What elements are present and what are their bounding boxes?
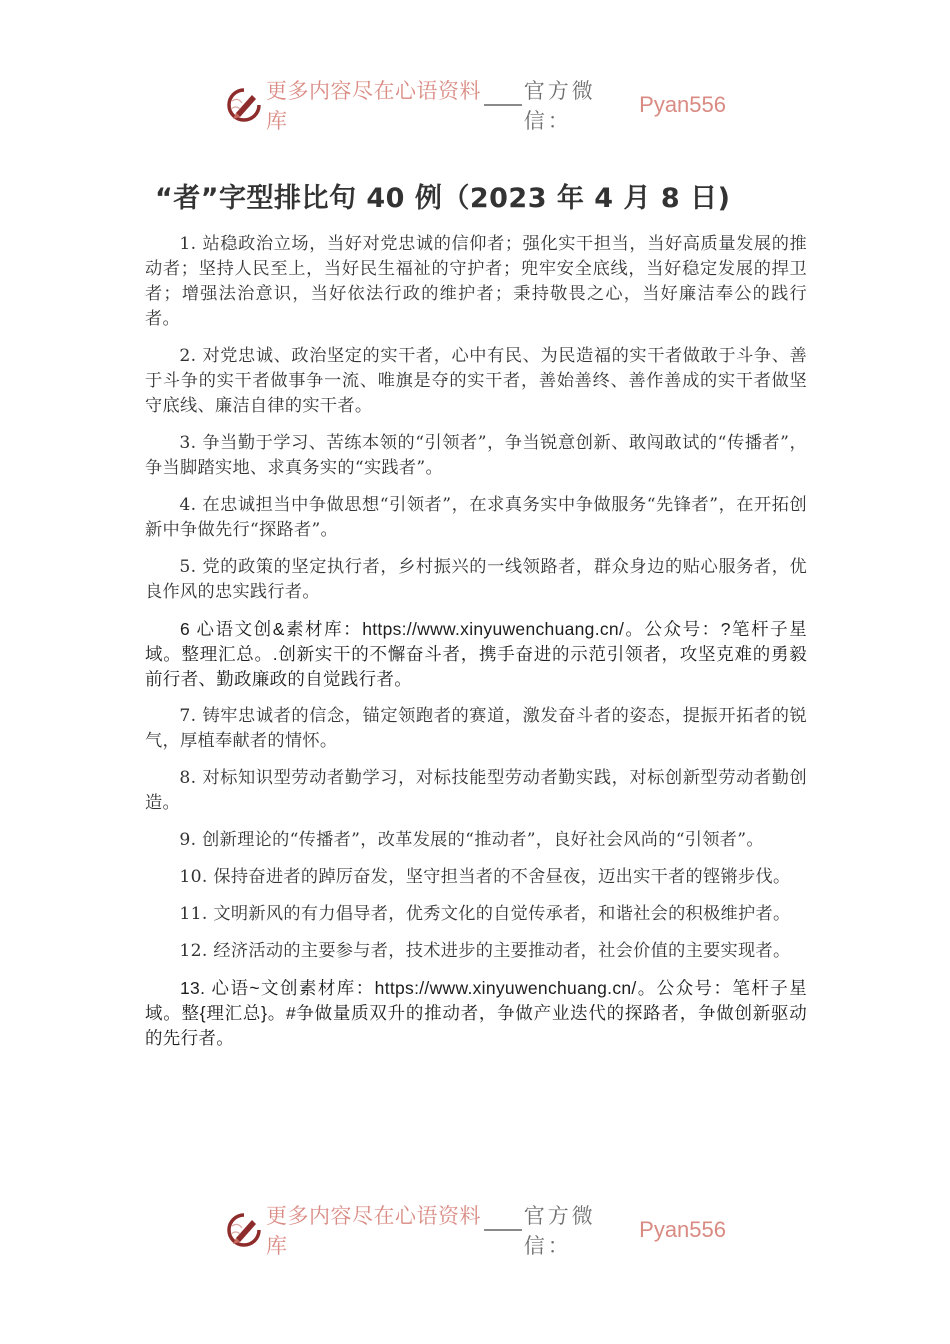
- document-body: 1. 站稳政治立场，当好对党忠诚的信仰者；强化实干担当，当好高质量发展的推动者；…: [145, 232, 807, 1063]
- paragraph-9: 9. 创新理论的“传播者”，改革发展的“推动者”，良好社会风尚的“引领者”。: [145, 828, 807, 853]
- paragraph-5: 5. 党的政策的坚定执行者，乡村振兴的一线领路者，群众身边的贴心服务者，优良作风…: [145, 555, 807, 605]
- banner-site-text: 更多内容尽在心语资料库: [266, 1200, 482, 1260]
- paragraph-12: 12. 经济活动的主要参与者，技术进步的主要推动者，社会价值的主要实现者。: [145, 939, 807, 964]
- banner-wechat-label: 官方微信：: [524, 75, 633, 135]
- banner-wechat-id: Pyan556: [639, 1217, 726, 1243]
- paragraph-8: 8. 对标知识型劳动者勤学习，对标技能型劳动者勤实践，对标创新型劳动者勤创造。: [145, 766, 807, 816]
- quill-pen-logo-icon: [226, 1212, 262, 1248]
- paragraph-1: 1. 站稳政治立场，当好对党忠诚的信仰者；强化实干担当，当好高质量发展的推动者；…: [145, 232, 807, 332]
- paragraph-6: 6 心语文创&素材库：https://www.xinyuwenchuang.cn…: [145, 617, 807, 692]
- banner-wechat-label: 官方微信：: [524, 1200, 633, 1260]
- paragraph-11: 11. 文明新风的有力倡导者，优秀文化的自觉传承者，和谐社会的积极维护者。: [145, 902, 807, 927]
- banner-wechat-id: Pyan556: [639, 92, 726, 118]
- document-title: “者”字型排比句 40 例（2023 年 4 月 8 日): [155, 176, 730, 215]
- banner-divider: [484, 104, 522, 106]
- paragraph-7: 7. 铸牢忠诚者的信念，锚定领跑者的赛道，激发奋斗者的姿态，提振开拓者的锐气，厚…: [145, 704, 807, 754]
- paragraph-4: 4. 在忠诚担当中争做思想“引领者”，在求真务实中争做服务“先锋者”，在开拓创新…: [145, 493, 807, 543]
- paragraph-2: 2. 对党忠诚、政治坚定的实干者，心中有民、为民造福的实干者做敢于斗争、善于斗争…: [145, 344, 807, 419]
- footer-banner: 更多内容尽在心语资料库 官方微信： Pyan556: [226, 1210, 726, 1250]
- banner-divider: [484, 1229, 522, 1231]
- banner-site-text: 更多内容尽在心语资料库: [266, 75, 482, 135]
- paragraph-10: 10. 保持奋进者的踔厉奋发，坚守担当者的不舍昼夜，迈出实干者的铿锵步伐。: [145, 865, 807, 890]
- paragraph-3: 3. 争当勤于学习、苦练本领的“引领者”，争当锐意创新、敢闯敢试的“传播者”，争…: [145, 431, 807, 481]
- paragraph-13: 13. 心语~文创素材库：https://www.xinyuwenchuang.…: [145, 976, 807, 1051]
- header-banner: 更多内容尽在心语资料库 官方微信： Pyan556: [226, 85, 726, 125]
- quill-pen-logo-icon: [226, 87, 262, 123]
